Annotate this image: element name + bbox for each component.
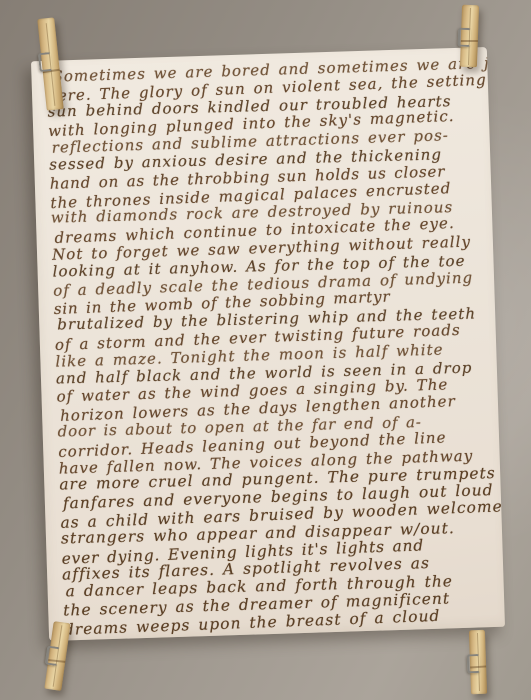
clothespin-bottom-right (469, 630, 487, 695)
clothespin-top-right (460, 5, 479, 68)
manuscript-text: Sometimes we are bored and sometimes we … (46, 55, 501, 638)
paper-sheet: Sometimes we are bored and sometimes we … (31, 47, 505, 641)
clothespin-spring-icon (467, 654, 481, 673)
clothespin-spring-icon (45, 646, 61, 667)
clothespin-spring-icon (38, 52, 53, 72)
clothespin-spring-icon (458, 28, 472, 47)
